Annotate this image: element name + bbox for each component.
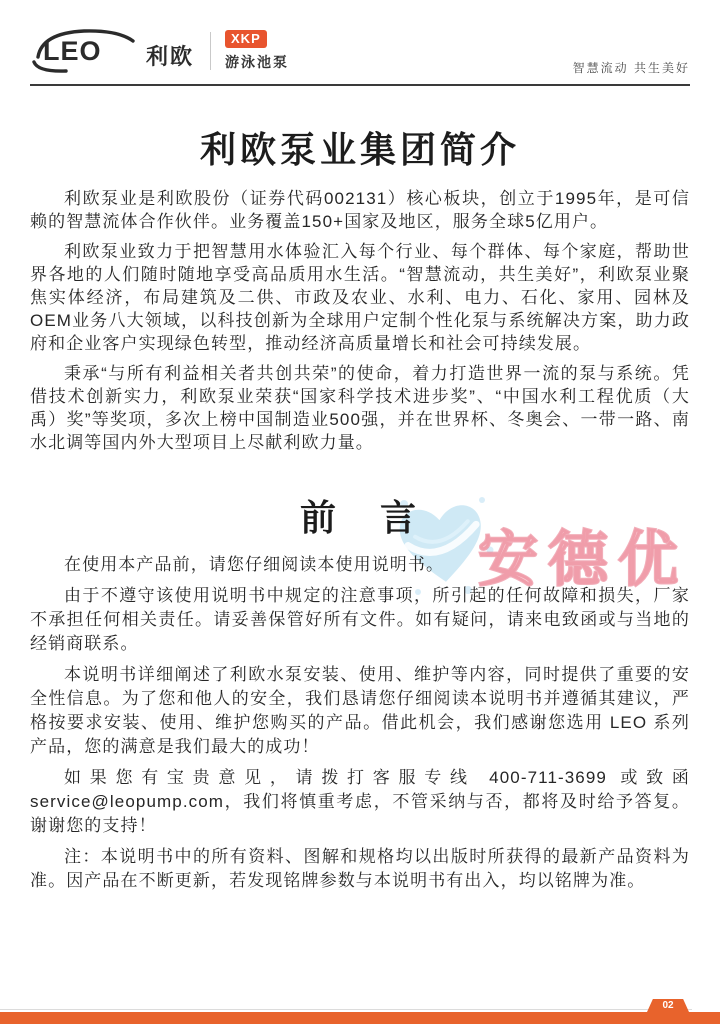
series-badge: XKP: [225, 30, 267, 48]
page-header: LEO 利欧 XKP 游泳池泵 智慧流动 共生美好: [30, 26, 690, 82]
intro-paragraph: 利欧泵业致力于把智慧用水体验汇入每个行业、每个群体、每个家庭，帮助世界各地的人们…: [30, 240, 690, 355]
preface-paragraph: 本说明书详细阐述了利欧水泵安装、使用、维护等内容，同时提供了重要的安全性信息。为…: [30, 663, 690, 759]
footer-rule: [0, 1009, 692, 1010]
logo-chinese-text: 利欧: [146, 40, 194, 71]
intro-paragraph: 利欧泵业是利欧股份（证券代码002131）核心板块，创立于1995年，是可信赖的…: [30, 187, 690, 233]
intro-title: 利欧泵业集团简介: [30, 122, 690, 173]
logo-text: LEO: [43, 36, 102, 67]
manual-page: 安德优 LEO 利欧 XKP 游泳池泵 智慧流动 共生美好 利欧泵业集团简介 利…: [0, 0, 720, 1024]
section-intro: 利欧泵业集团简介 利欧泵业是利欧股份（证券代码002131）核心板块，创立于19…: [30, 122, 690, 454]
product-series: XKP 游泳池泵: [225, 30, 289, 72]
intro-paragraph: 秉承“与所有利益相关者共创共荣”的使命，着力打造世界一流的泵与系统。凭借技术创新…: [30, 362, 690, 454]
leo-logo-mark: LEO: [30, 27, 142, 75]
section-preface: 前 言 在使用本产品前，请您仔细阅读本使用说明书。 由于不遵守该使用说明书中规定…: [30, 490, 690, 893]
preface-paragraph: 在使用本产品前，请您仔细阅读本使用说明书。: [30, 553, 690, 577]
brand-tagline: 智慧流动 共生美好: [573, 59, 690, 76]
header-divider: [210, 32, 211, 70]
page-content: 利欧泵业集团简介 利欧泵业是利欧股份（证券代码002131）核心板块，创立于19…: [30, 86, 690, 900]
preface-paragraph: 由于不遵守该使用说明书中规定的注意事项，所引起的任何故障和损失，厂家不承担任何相…: [30, 584, 690, 656]
preface-paragraph: 如果您有宝贵意见，请拨打客服专线 400-711-3699 或致函 servic…: [30, 766, 690, 838]
footer-bar: [0, 1012, 720, 1024]
preface-paragraph: 注：本说明书中的所有资料、图解和规格均以出版时所获得的最新产品资料为准。因产品在…: [30, 845, 690, 893]
preface-title: 前 言: [30, 490, 690, 541]
page-number-tab: 02: [647, 999, 689, 1012]
leo-logo: LEO 利欧: [30, 26, 194, 76]
series-subtitle: 游泳池泵: [225, 52, 289, 72]
